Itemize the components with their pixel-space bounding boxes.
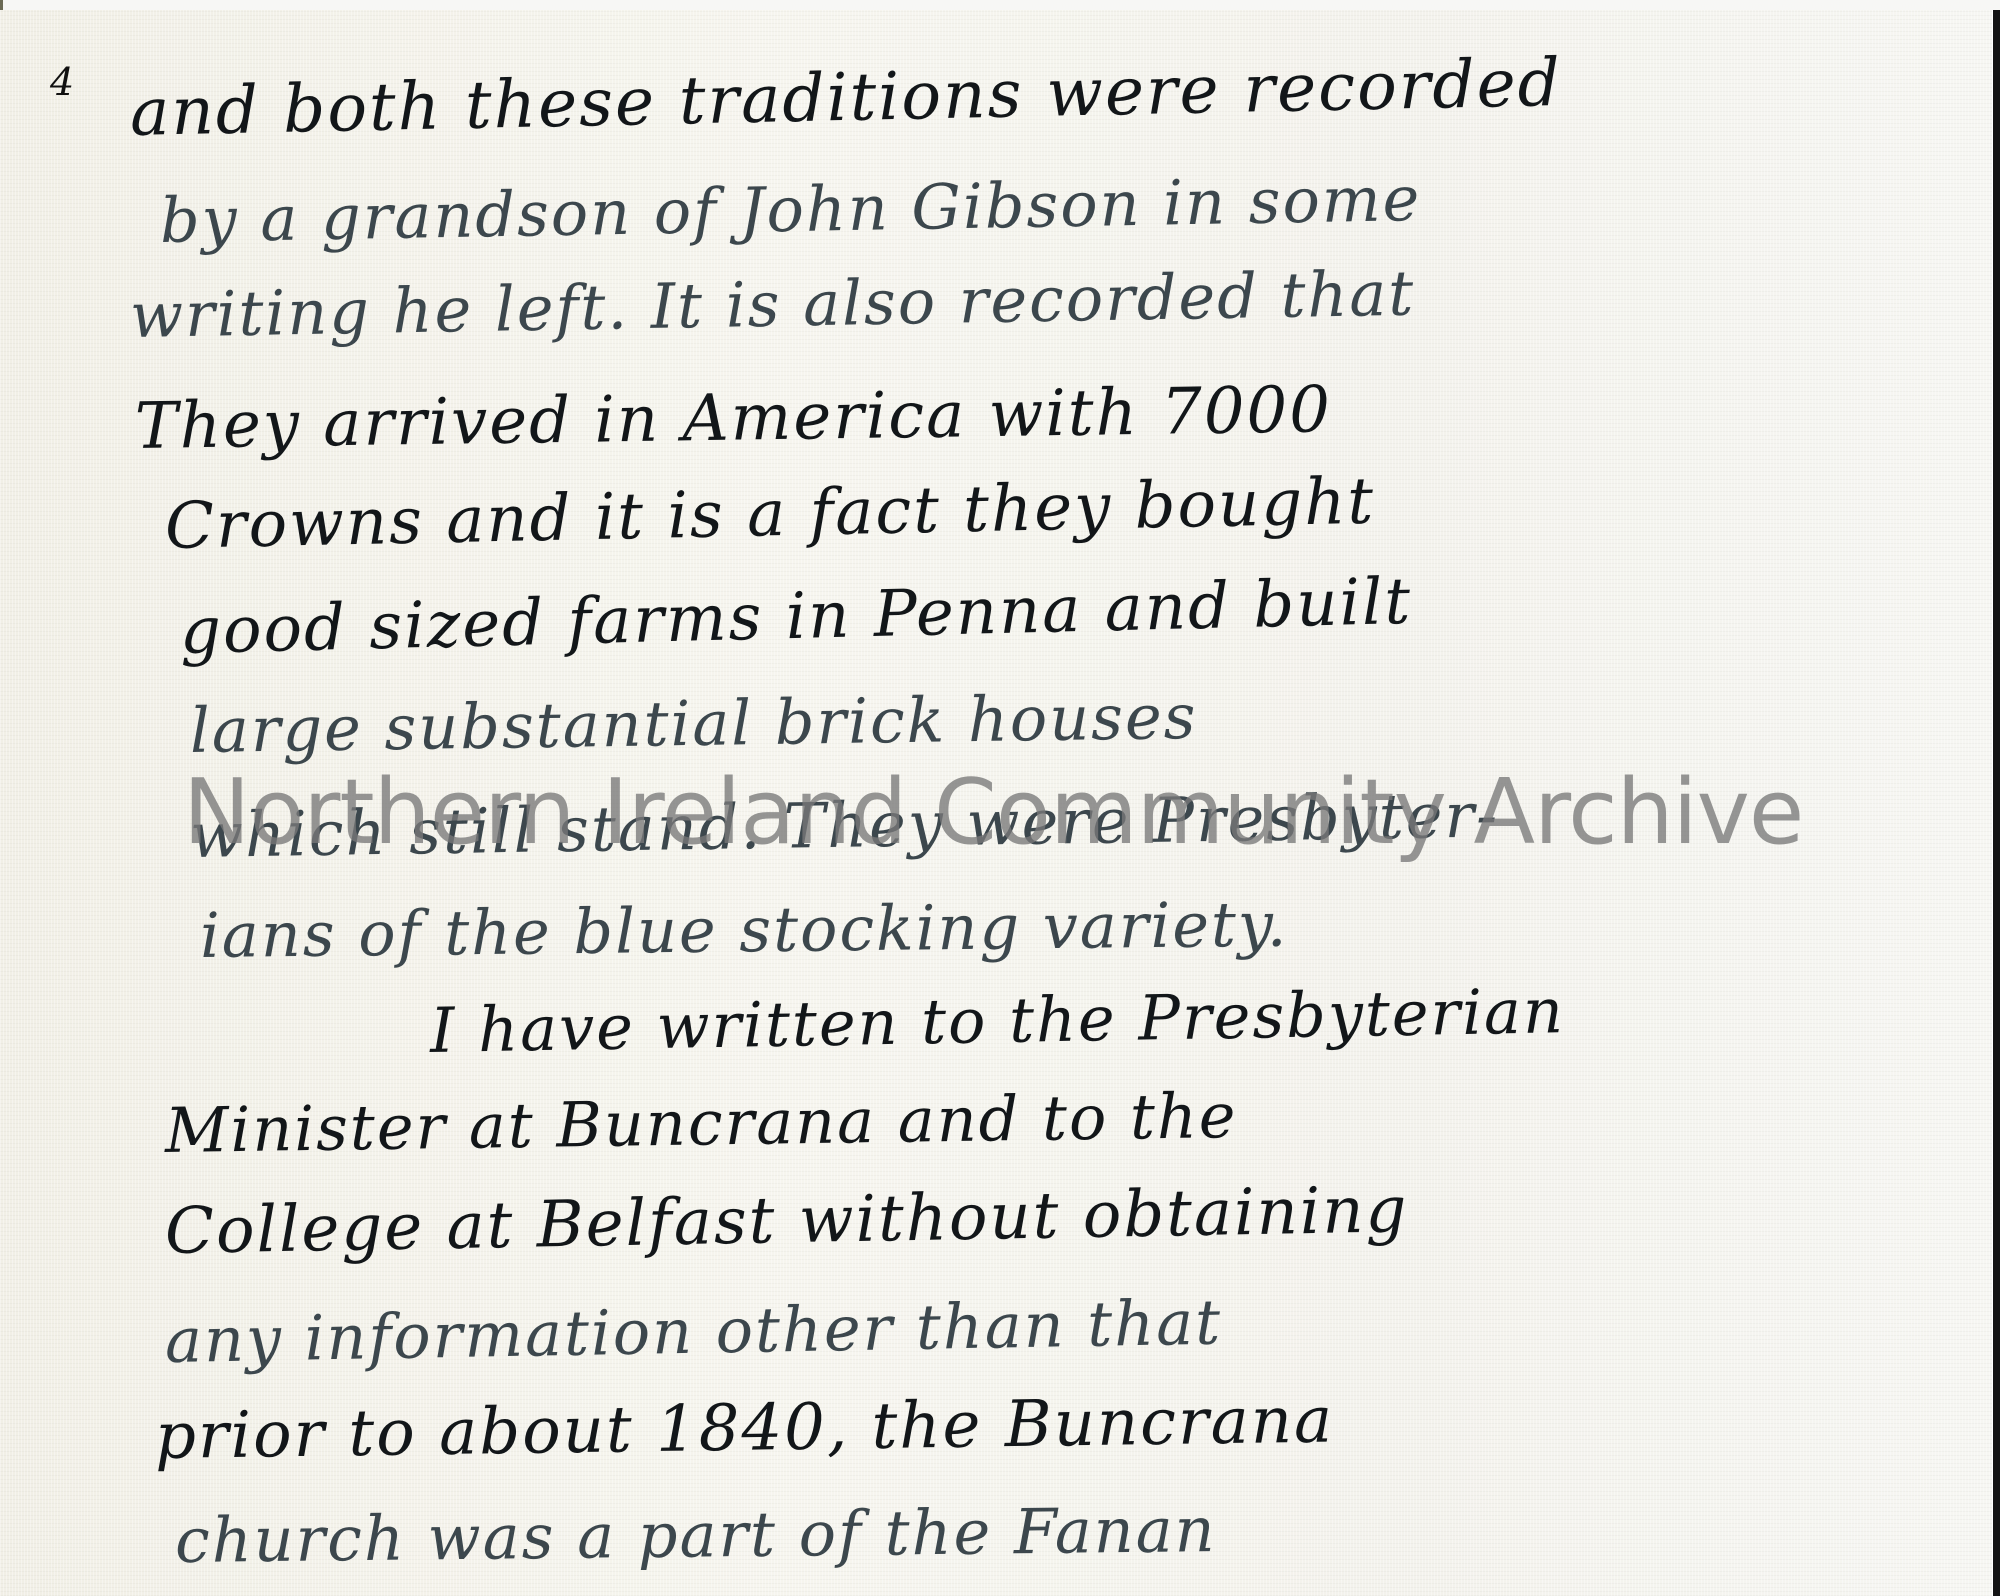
handwritten-line-2: by a grandson of John Gibson in some	[159, 168, 1421, 252]
page-number: 4	[50, 60, 74, 104]
handwritten-line-1: and both these traditions were recorded	[129, 50, 1562, 146]
handwritten-line-11: Minister at Buncrana and to the	[165, 1085, 1238, 1162]
handwritten-line-3: writing he left. It is also recorded tha…	[129, 263, 1415, 347]
handwritten-line-8: which still stand. They were Presbyter-	[190, 784, 1500, 867]
handwritten-line-12: College at Belfast without obtaining	[164, 1178, 1408, 1264]
handwritten-line-7: large substantial brick houses	[190, 686, 1198, 762]
handwritten-line-13: any information other than that	[164, 1292, 1222, 1372]
handwritten-line-14: prior to about 1840, the Buncrana	[155, 1389, 1335, 1469]
handwritten-line-15: church was a part of the Fanan	[175, 1499, 1217, 1572]
handwritten-line-6: good sized farms in Penna and built	[179, 570, 1413, 664]
handwritten-line-5: Crowns and it is a fact they bought	[164, 470, 1375, 559]
handwritten-line-9: ians of the blue stocking variety.	[200, 894, 1289, 967]
paper-sheet: 4 and both these traditions were recorde…	[0, 10, 1992, 1596]
handwritten-line-10: I have written to the Presbyterian	[429, 980, 1565, 1062]
scanned-letter-page: 4 and both these traditions were recorde…	[0, 0, 2000, 1596]
handwritten-line-4: They arrived in America with 7000	[135, 378, 1333, 459]
scan-top-border	[0, 0, 2000, 10]
scan-right-edge	[1993, 10, 2000, 1596]
